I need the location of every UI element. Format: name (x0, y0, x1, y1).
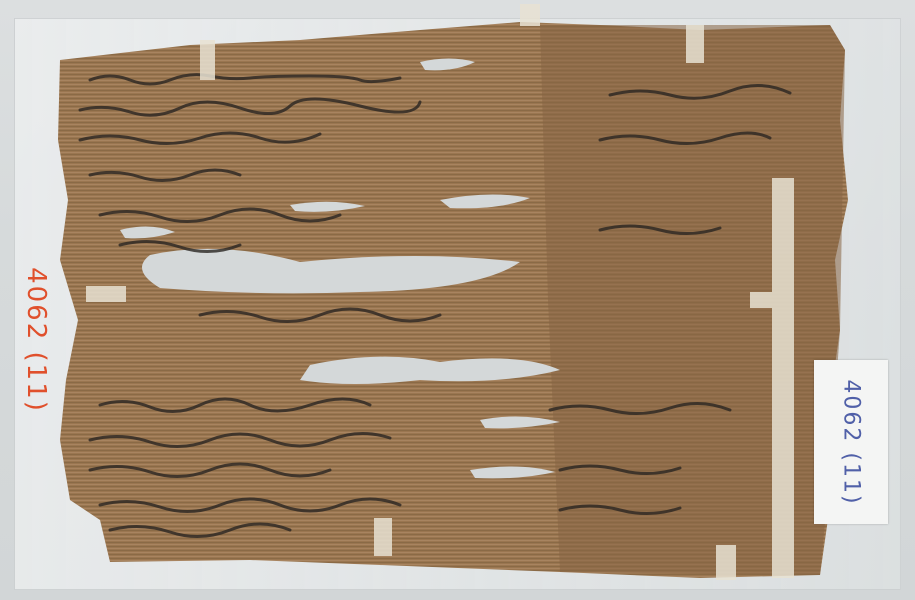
photo-stage: 4062 (11) 4062 (11) (0, 0, 915, 600)
inventory-number-blue: 4062 (11) (839, 379, 864, 505)
inventory-label-red: 4062 (11) (14, 250, 58, 430)
inventory-number-red: 4062 (11) (21, 267, 51, 413)
inventory-card: 4062 (11) (814, 360, 888, 524)
papyrus-fragment (0, 0, 915, 600)
